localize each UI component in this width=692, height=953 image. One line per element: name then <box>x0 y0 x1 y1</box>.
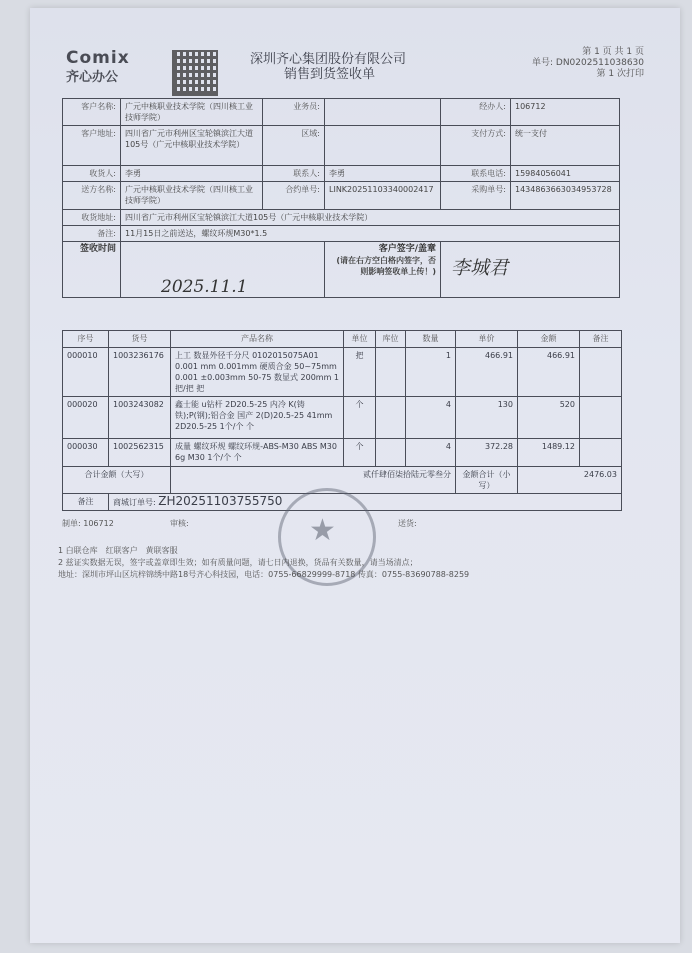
cell-qty: 4 <box>406 397 456 439</box>
cell-note <box>580 439 622 467</box>
qr-code-icon <box>172 50 218 96</box>
table-row: 0000301002562315成量 螺纹环规 螺纹环规-ABS-M30 ABS… <box>63 439 622 467</box>
cell-name: 上工 数显外径千分尺 0102015075A01 0.001 mm 0.001m… <box>171 348 344 397</box>
sign-hint: (请在右方空白格内签字，否则影响签收单上传！) <box>329 255 436 277</box>
cell-qty: 1 <box>406 348 456 397</box>
table-row: 0000101003236176上工 数显外径千分尺 0102015075A01… <box>63 348 622 397</box>
items-table: 序号货号产品名称单位库位数量单价金额备注 0000101003236176上工 … <box>62 330 622 511</box>
receiver: 李勇 <box>121 166 263 182</box>
cell-price: 372.28 <box>456 439 518 467</box>
signature-cell[interactable]: 李城君 <box>441 242 620 298</box>
maker: 制单: 106712 <box>62 518 114 529</box>
doc-number-label: 单号: <box>532 58 553 68</box>
cell-seq: 000010 <box>63 348 109 397</box>
customer-name: 广元中核职业技术学院（四川核工业技师学院） <box>121 99 263 126</box>
phone: 15984056041 <box>511 166 620 182</box>
brand-logo-cn: 齐心办公 <box>66 66 118 85</box>
total-lower: 2476.03 <box>518 467 622 494</box>
cell-amount: 466.91 <box>518 348 580 397</box>
print-count: 第 1 次打印 <box>597 66 644 79</box>
note-label: 备注 <box>63 494 109 511</box>
phone-label: 联系电话: <box>441 166 511 182</box>
total-lower-label: 金额合计（小写） <box>456 467 518 494</box>
contract: LINK20251103340002417 <box>325 182 441 210</box>
customer-addr: 四川省广元市利州区宝轮镇滨江大道105号（广元中核职业技术学院） <box>121 126 263 166</box>
brand-logo: Comix <box>66 48 130 68</box>
sign-time: 2025.11.1 <box>161 277 248 297</box>
column-header: 货号 <box>109 331 171 348</box>
cell-amount: 520 <box>518 397 580 439</box>
cell-loc <box>376 439 406 467</box>
delivery-addr: 四川省广元市利州区宝轮镇滨江大道105号（广元中核职业技术学院） <box>121 210 620 226</box>
ship-to: 广元中核职业技术学院（四川核工业技师学院） <box>121 182 263 210</box>
cell-amount: 1489.12 <box>518 439 580 467</box>
order-info-table: 客户名称: 广元中核职业技术学院（四川核工业技师学院） 业务员: 经办人: 10… <box>62 98 620 298</box>
column-header: 产品名称 <box>171 331 344 348</box>
cell-name: 成量 螺纹环规 螺纹环规-ABS-M30 ABS M30 6g M30 1个/个… <box>171 439 344 467</box>
cell-unit: 个 <box>344 439 376 467</box>
sign-time-label: 签收时间 <box>63 242 121 298</box>
salesperson-label: 业务员: <box>263 99 325 126</box>
ship-to-label: 送方名称: <box>63 182 121 210</box>
column-header: 备注 <box>580 331 622 348</box>
cell-note <box>580 348 622 397</box>
cell-loc <box>376 397 406 439</box>
cell-sku: 1003236176 <box>109 348 171 397</box>
region <box>325 126 441 166</box>
contact: 李勇 <box>325 166 441 182</box>
signature: 李城君 <box>451 257 508 279</box>
cell-unit: 个 <box>344 397 376 439</box>
mall-order-value: ZH20251103755750 <box>158 494 282 508</box>
column-header: 单位 <box>344 331 376 348</box>
cell-note <box>580 397 622 439</box>
cell-seq: 000020 <box>63 397 109 439</box>
cell-seq: 000030 <box>63 439 109 467</box>
deliverer-label: 送货: <box>398 518 417 529</box>
maker-label: 制单: <box>62 519 81 528</box>
receiver-label: 收货人: <box>63 166 121 182</box>
customer-name-label: 客户名称: <box>63 99 121 126</box>
cell-loc <box>376 348 406 397</box>
contract-label: 合约单号: <box>263 182 325 210</box>
purchase-label: 采购单号: <box>441 182 511 210</box>
column-header: 数量 <box>406 331 456 348</box>
column-header: 金额 <box>518 331 580 348</box>
maker-value: 106712 <box>83 519 114 528</box>
sign-label-cell: 客户签字/盖章 (请在右方空白格内签字，否则影响签收单上传！) <box>325 242 441 298</box>
customer-addr-label: 客户地址: <box>63 126 121 166</box>
payment-label: 支付方式: <box>441 126 511 166</box>
total-upper-label: 合计金额（大写） <box>63 467 171 494</box>
cell-unit: 把 <box>344 348 376 397</box>
purchase: 1434863663034953728 <box>511 182 620 210</box>
region-label: 区域: <box>263 126 325 166</box>
sign-label: 客户签字/盖章 <box>329 244 436 255</box>
mall-order-label: 商城订单号: <box>113 498 156 507</box>
delivery-addr-label: 收货地址: <box>63 210 121 226</box>
items-header-row: 序号货号产品名称单位库位数量单价金额备注 <box>63 331 622 348</box>
column-header: 库位 <box>376 331 406 348</box>
doc-title: 销售到货签收单 <box>284 63 375 82</box>
handler-label: 经办人: <box>441 99 511 126</box>
cell-price: 466.91 <box>456 348 518 397</box>
column-header: 序号 <box>63 331 109 348</box>
cell-sku: 1003243082 <box>109 397 171 439</box>
sign-time-cell: 2025.11.1 <box>121 242 325 298</box>
remark-label: 备注: <box>63 226 121 242</box>
cell-price: 130 <box>456 397 518 439</box>
handler: 106712 <box>511 99 620 126</box>
footer-line-1: 1 白联仓库 红联客户 黄联客服 <box>58 545 178 556</box>
remark: 11月15日之前送达，螺纹环规M30*1.5 <box>121 226 620 242</box>
salesperson <box>325 99 441 126</box>
cell-name: 鑫士能 u钻杆 2D20.5-25 内冷 K(铸铁);P(钢);铝合金 国产 2… <box>171 397 344 439</box>
star-icon: ★ <box>309 513 336 548</box>
contact-label: 联系人: <box>263 166 325 182</box>
cell-sku: 1002562315 <box>109 439 171 467</box>
payment: 统一支付 <box>511 126 620 166</box>
cell-qty: 4 <box>406 439 456 467</box>
column-header: 单价 <box>456 331 518 348</box>
table-row: 0000201003243082鑫士能 u钻杆 2D20.5-25 内冷 K(铸… <box>63 397 622 439</box>
footer-line-2: 2 兹证实数据无误，签字或盖章即生效；如有质量问题，请七日内退换，货品有关数量，… <box>58 557 418 568</box>
auditor-label: 审核: <box>170 518 189 529</box>
footer-line-3: 地址：深圳市坪山区坑梓锦绣中路18号齐心科技园，电话：0755-66829999… <box>58 569 469 580</box>
